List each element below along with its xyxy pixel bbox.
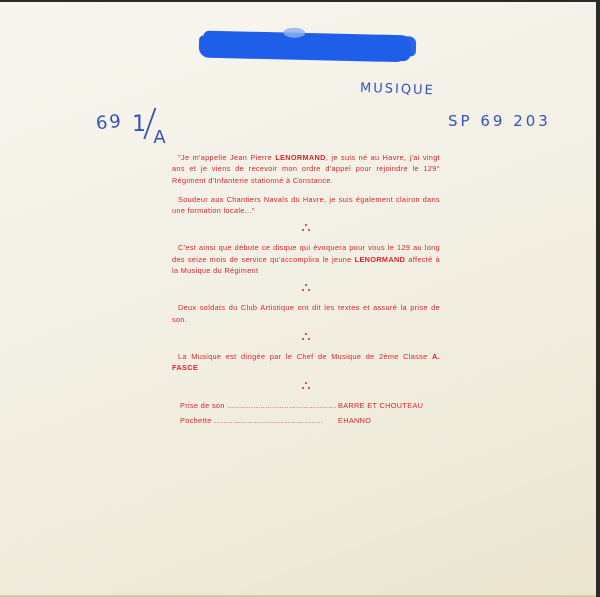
- text: "Je m'appelle Jean Pierre: [178, 153, 275, 162]
- dot-separator: [172, 380, 440, 394]
- handwritten-category: MUSIQUE: [360, 81, 435, 99]
- fraction-bottom: A: [153, 127, 167, 148]
- text: Soudeur aux Chantiers Navals du Havre, j…: [172, 195, 440, 215]
- credit-label: Pochette ...............................…: [172, 415, 338, 426]
- liner-notes: "Je m'appelle Jean Pierre LENORMAND, je …: [172, 152, 440, 430]
- dot-separator: [172, 331, 440, 345]
- blue-marker-redaction: [203, 31, 412, 62]
- handwritten-reference: SP 69 203: [448, 112, 551, 130]
- bold-name: LENORMAND: [275, 153, 326, 162]
- bold-name: LENORMAND: [355, 255, 406, 264]
- text: La Musique est dirigée par le Chef de Mu…: [178, 352, 432, 361]
- credit-row: Pochette ...............................…: [172, 415, 440, 426]
- text: Deux soldats du Club Artistique ont dit …: [172, 303, 440, 323]
- record-sleeve-back: MUSIQUE 69 1/A SP 69 203 "Je m'appelle J…: [0, 2, 596, 597]
- dot-separator: [172, 282, 440, 296]
- handwritten-catalog-number: 69: [95, 111, 124, 135]
- handwritten-fraction: 1/A: [132, 112, 168, 137]
- dot-separator: [172, 222, 440, 236]
- credit-row: Prise de son ...........................…: [172, 400, 440, 411]
- credit-value: EHANNO: [338, 415, 371, 426]
- paragraph-musique: La Musique est dirigée par le Chef de Mu…: [172, 351, 440, 374]
- paragraph-soldats: Deux soldats du Club Artistique ont dit …: [172, 302, 440, 325]
- paragraph-disque: C'est ainsi que débute ce disque qui évo…: [172, 242, 440, 276]
- paragraph-intro: "Je m'appelle Jean Pierre LENORMAND, je …: [172, 152, 440, 186]
- credit-value: BARRE ET CHOUTEAU: [338, 400, 423, 411]
- credits: Prise de son ...........................…: [172, 400, 440, 427]
- paragraph-soudeur: Soudeur aux Chantiers Navals du Havre, j…: [172, 194, 440, 217]
- credit-label: Prise de son ...........................…: [172, 400, 338, 411]
